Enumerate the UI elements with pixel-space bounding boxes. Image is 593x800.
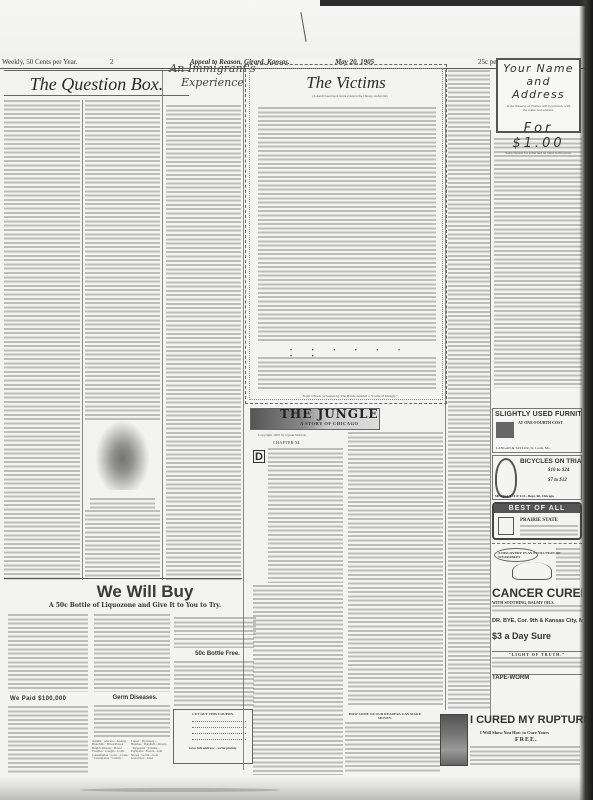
cartoon-caption: [90, 498, 155, 510]
victims-footnote: From a Book of Stories by The Bards, ent…: [260, 394, 440, 398]
free-bottle-heading: 50c Bottle Free.: [180, 651, 255, 657]
ailments-list: Asthma · Abscess—Anemia · Bronchitis · B…: [92, 740, 167, 772]
cancer-cure-ad[interactable]: CANCER CURED WITH SOOTHING, BALMY OILS.: [492, 586, 582, 618]
jungle-subtitle: A STORY OF CHICAGO: [300, 421, 359, 426]
torn-page-edge: [0, 776, 593, 800]
liquozone-subheadline: A 50c Bottle of Liquozone and Give It to…: [25, 602, 245, 609]
furniture-image-icon: [496, 422, 514, 438]
light-of-truth-text: [492, 657, 582, 669]
ad-description: in the Reserve of Names will be printed,…: [506, 104, 571, 118]
bye-address-ad: DR. BYE, Cor. 9th & Kansas City, Mo.: [492, 618, 582, 628]
bicycle-ad-footer: MEAD CYCLE CO., Dept. 68, Chicago: [495, 494, 554, 498]
drop-cap: D: [253, 450, 265, 463]
column-divider: [490, 130, 491, 720]
incubator-text: [520, 525, 578, 537]
victims-story-box: The Victims (A sketch based upon recent …: [245, 64, 447, 404]
portrait-image: [440, 714, 468, 766]
bicycle-price-1: $10 to $24: [548, 468, 569, 473]
bicycle-ad-title: BICYCLES ON TRIAL: [520, 458, 582, 465]
newspaper-page: Weekly, 50 Cents per Year. 2 Appeal to R…: [0, 0, 593, 800]
cancer-ad-text: [492, 605, 582, 613]
question-box-column-2b: [85, 510, 160, 578]
bicycle-price-2: $7 to $12: [548, 478, 567, 483]
jungle-copyright: Copyright 1905 by Upton Sinclair.: [258, 433, 307, 437]
liquozone-col-3-text: [174, 638, 254, 648]
notice-title: HOW SOME OF OUR READERS CAN MAKE MONEY.: [345, 712, 425, 720]
coupon-field-line[interactable]: [192, 721, 246, 722]
bicycle-icon: [495, 458, 517, 498]
rupture-text: [470, 746, 580, 766]
subscription-price: Weekly, 50 Cents per Year.: [2, 58, 77, 66]
page-number: 2: [110, 58, 114, 66]
light-of-truth-ad[interactable]: "LIGHT OF TRUTH.": [492, 651, 582, 671]
cancer-ad-title: CANCER CURED: [492, 586, 582, 600]
column-divider: [162, 70, 163, 580]
furniture-ad-title: SLIGHTLY USED FURNITURE: [493, 409, 581, 420]
rupture-subtitle: I Will Show You How to Cure Yours: [480, 730, 549, 735]
top-margin: [0, 0, 593, 58]
jungle-title: THE JUNGLE: [280, 407, 379, 421]
victims-body: [258, 107, 436, 342]
three-day-title: $3 a Day Sure: [492, 631, 582, 641]
coupon-field-line[interactable]: [192, 727, 246, 728]
truss-ad[interactable]: A DISCOVERY IN AN EVOLUTION OF WEARABLES: [492, 543, 582, 583]
liquozone-coupon[interactable]: CUT OUT THIS COUPON. Give full address—w…: [173, 709, 253, 764]
rupture-title: I CURED MY RUPTURE: [470, 714, 591, 726]
best-of-all-title: BEST OF ALL: [494, 504, 580, 513]
victims-subtitle: (A sketch based upon recent events in th…: [310, 95, 390, 101]
bye-address: DR. BYE, Cor. 9th & Kansas City, Mo.: [492, 618, 582, 624]
coupon-field-line[interactable]: [192, 739, 246, 740]
ailments-text: Asthma · Abscess—Anemia · Bronchitis · B…: [92, 740, 167, 760]
incubator-ad[interactable]: BEST OF ALL PRAIRIE STATE: [492, 502, 582, 540]
rupture-cure-ad[interactable]: I CURED MY RUPTURE I Will Show You How t…: [440, 712, 590, 772]
jungle-column-1: [268, 448, 343, 583]
column-divider: [82, 100, 83, 580]
victims-closing: [258, 357, 436, 389]
jungle-column-2: [348, 432, 443, 707]
jungle-chapter: CHAPTER XI.: [273, 440, 301, 445]
coupon-title: CUT OUT THIS COUPON.: [174, 712, 252, 716]
cartoon-illustration: [95, 420, 150, 490]
paid-heading: We Paid $100,000: [10, 696, 90, 702]
truss-side-text: [556, 548, 580, 580]
incubator-brand: PRAIRIE STATE: [520, 518, 558, 523]
bicycle-ad[interactable]: BICYCLES ON TRIAL $10 to $24 $7 to $12 M…: [492, 455, 582, 500]
three-day-ad[interactable]: $3 a Day Sure: [492, 631, 582, 649]
immigrant-story-text: [166, 105, 241, 580]
scan-shadow-right: [579, 0, 593, 800]
incubator-icon: [498, 517, 514, 535]
germ-diseases-heading: Germ Diseases.: [100, 695, 170, 701]
victims-title: The Victims: [250, 73, 442, 93]
question-box-column-2: [85, 100, 160, 420]
furniture-ad[interactable]: SLIGHTLY USED FURNITURE AT ONE-FOURTH CO…: [492, 408, 582, 453]
right-column-text: [494, 138, 582, 388]
scan-shadow-top: [320, 0, 593, 6]
liquozone-col-2: [94, 614, 170, 692]
tapeworm-ad[interactable]: TAPE-WORM: [492, 674, 582, 686]
ad-top-rule: [4, 578, 242, 579]
readers-money-notice: HOW SOME OF OUR READERS CAN MAKE MONEY.: [345, 712, 425, 720]
liquozone-headline: We Will Buy: [55, 582, 235, 602]
coupon-footer: Give full address—write plainly.: [174, 746, 252, 750]
ad-line-1: Your Name: [500, 62, 577, 75]
germ-diseases-text: [94, 705, 170, 737]
liquozone-col-1: [8, 614, 88, 692]
question-box-column-1: [4, 100, 80, 580]
jungle-column-3: [253, 585, 343, 775]
truss-icon: [512, 562, 552, 580]
tapeworm-title: TAPE-WORM: [492, 675, 582, 681]
free-bottle-text: [174, 661, 254, 706]
notice-text: [345, 722, 440, 772]
coupon-field-line[interactable]: [192, 733, 246, 734]
jungle-continued-column: [448, 70, 490, 710]
question-box-title: The Question Box.: [4, 70, 189, 96]
rupture-free-label: FREE.: [515, 737, 538, 743]
furniture-ad-footer: LANGAN & TAYLOR, St. Louis, Mo.: [496, 446, 551, 450]
name-and-address-ad: Your Name and Address in the Reserve of …: [496, 58, 581, 133]
liquozone-diseases-list: [174, 617, 256, 635]
ad-line-2: and Address: [500, 75, 577, 101]
paid-text: [8, 706, 88, 774]
